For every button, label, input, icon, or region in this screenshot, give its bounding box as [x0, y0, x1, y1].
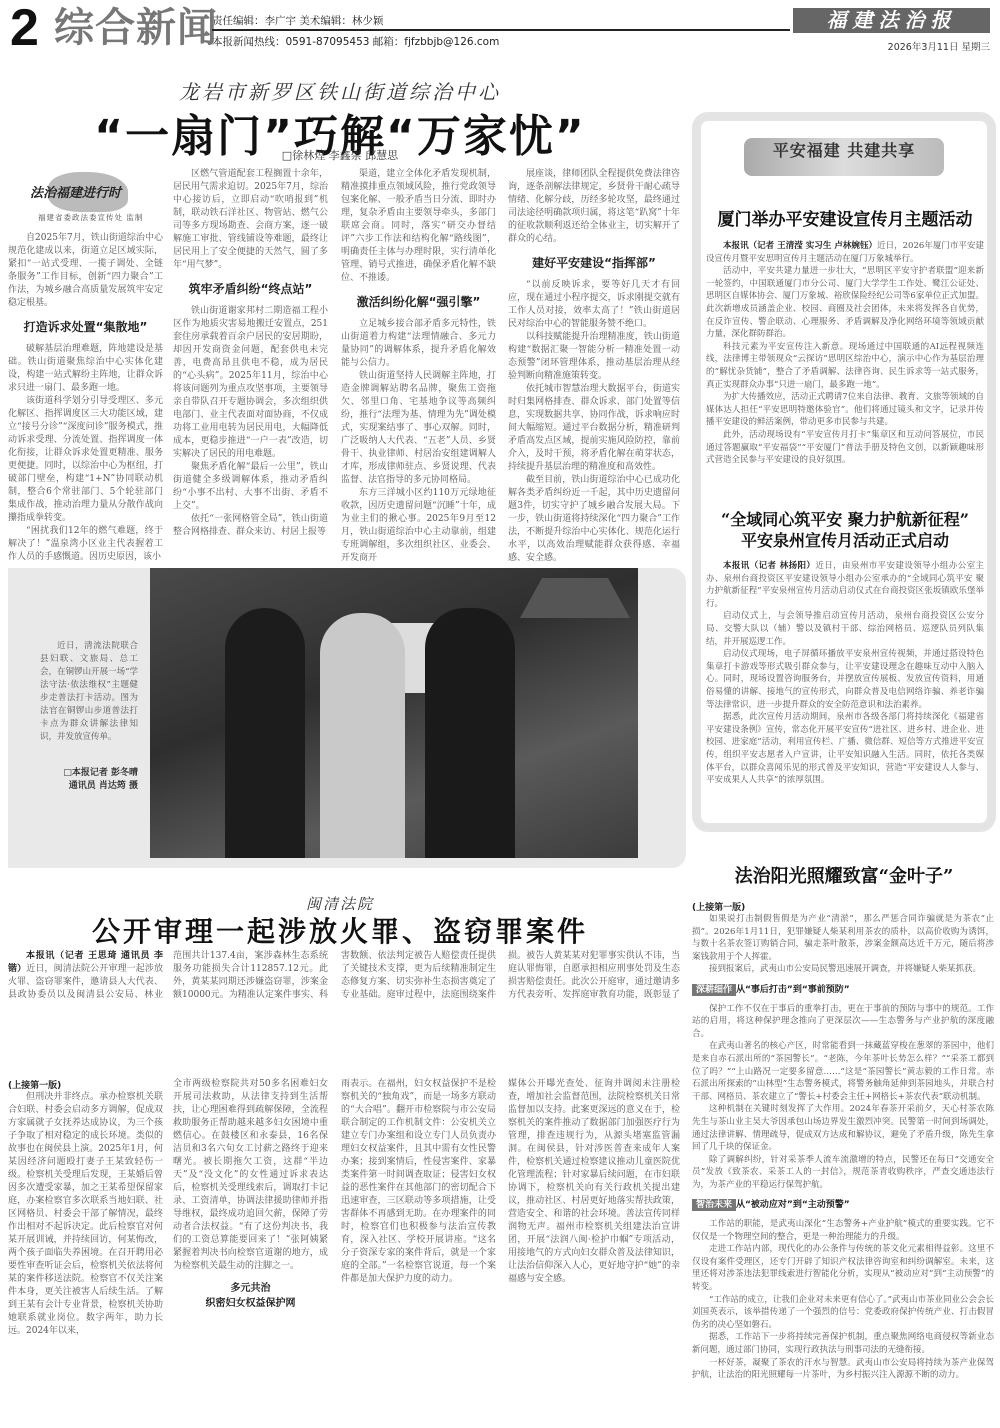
sidebar-article2-headline-line1: “全域同心筑平安 聚力护航新征程”: [700, 507, 990, 530]
paragraph: 全市两级检察院共对50多名困难妇女开展司法救助，从法律支持到生活帮扶，让心理困难…: [173, 1078, 328, 1273]
second-article-column-1: 本报讯（记者 王思琦 通讯员 李锴）近日，闽清法院公开审理一起涉放火罪、盗窃罪案…: [8, 950, 163, 1002]
subhead: 打造诉求处置“集散地”: [8, 318, 163, 335]
photo-credit-line: □本报记者 彭冬晴: [40, 767, 138, 780]
paragraph: 立足城乡接合部矛盾多元特性，铁山街道着力构建“法理情融合、多元力量协同”的调解体…: [341, 318, 496, 370]
paragraph: 启动仪式上，与会领导推启动宣传月活动，泉州台商投资区公安分局、交警大队以（辅）警…: [706, 610, 984, 648]
paragraph: 这种机制在关键时刻发挥了大作用。2024年春茶开采前夕，天心村茶农陈先生与茶山业…: [692, 1103, 994, 1153]
main-article-byline: □徐林煌 李鑫崇 邱慧思: [0, 147, 680, 163]
section-tag: 深耕细作: [692, 984, 736, 996]
paragraph: “工作站的成立，让我们企业对未来更有信心了。”武夷山市茶业同业公会会长刘国英表示…: [692, 1294, 994, 1332]
sidebar-article3-body: (上接第一版) 如果说打击制假售假是为产业“清淤”，那么严惩合同诈骗就是为茶农“…: [692, 900, 994, 1425]
second-article-column-3: 害数额、依法判定被告人赔偿责任提供了关键技术支撑，更为后续精准制定生态修复方案、…: [341, 950, 496, 1002]
sidebar-article2-body: 本报讯（记者 林扬阳）近日，由泉州市平安建设领导小组办公室主办、泉州台商投资区平…: [706, 560, 984, 822]
paragraph: 以科技赋能提升治理精准度，铁山街道构建“数据汇聚一智能分析一精准处置一动态预警”…: [508, 331, 680, 383]
column-logo-title: 法治福建进行时: [30, 182, 160, 201]
section-title: 综合新闻: [54, 6, 218, 50]
paragraph: 走进工作站内部，现代化的办公条件与传统的茶文化元素相得益彰。这里不仅设有案件受理…: [692, 1243, 994, 1293]
paragraph: 一杯好茶，凝聚了茶农的汗水与智慧。武夷山市公安局将持续为茶产业保驾护航，让法治的…: [692, 1357, 994, 1382]
paragraph: 东方三洋城小区约110万元绿地征收款，因历史遗留问题“沉睡”十年，成为业主们的揪…: [341, 487, 496, 562]
article-lead: 本报讯（记者 王清滢 实习生 卢林婉钰）: [723, 241, 877, 251]
paragraph: 区燃气管道配套工程搁置十余年，居民用气需求迫切。2025年7月，综治中心接访后，…: [173, 168, 328, 272]
paragraph: 损。被告人黄某某对犯罪事实供认不讳，当庭认罪悔罪，自愿承担相应刑事处罚及生态损害…: [508, 950, 680, 1002]
paragraph: 在武夷山著名的核心产区，时常能看到一抹藏蓝穿梭在葱翠的茶园中，他们是来自赤石派出…: [692, 1040, 994, 1103]
pavilion-shape: [520, 578, 630, 618]
photo-credit-line: 通讯员 肖达筠 摄: [40, 780, 138, 793]
paragraph: 保护工作不仅在于事后的重拳打击，更在于事前的预防与事中的规范。工作站的启用，将这…: [692, 1003, 994, 1041]
paragraph: 铁山街道坚持人民调解主阵地，打造金牌调解站聘名品牌，聚焦工资拖欠、邻里口角、宅基…: [341, 370, 496, 487]
sidebar-article3-headline: 法治阳光照耀致富“金叶子”: [692, 862, 996, 888]
paragraph: 但刑决并非终点。承办检察机关联合妇联、村委会启动多方调解，促成双方家属就子女抚养…: [8, 1091, 163, 1338]
main-article-column-1: 自2025年7月，铁山街道综治中心规范化建成以来，街道立足区域实际，紧扣“一站式…: [8, 232, 163, 562]
bottom-subhead: 多元共治 织密妇女权益保护网: [173, 1281, 328, 1311]
section-tag-text: 从“事后打击”到“事前预防”: [736, 985, 850, 995]
paragraph: 渠道，建立全体化矛盾发现机制，精准摸排重点领域风险，推行党政领导包案化解、一般矛…: [341, 168, 496, 285]
paragraph: 科技元素为平安宣传注入新意。现场通过中国联通的AI远程视频连线，法律博主带领现众…: [706, 341, 984, 391]
column-logo-subtitle: 福建省委政法委宣传处 监制: [38, 212, 143, 223]
subhead: 筑牢矛盾纠纷“终点站”: [173, 280, 328, 297]
paragraph: 雨表示。在福州，妇女权益保护不是检察机关的“独角戏”，而是一场多方联动的“大合唱…: [341, 1078, 496, 1286]
subhead-line: 织密妇女权益保护网: [173, 1296, 328, 1311]
section-tag-line: 深耕细作从“事后打击”到“事前预防”: [692, 982, 994, 997]
second-article-column-4: 损。被告人黄某某对犯罪事实供认不讳，当庭认罪悔罪，自愿承担相应刑事处罚及生态损害…: [508, 950, 680, 1002]
bottom-column-1: (上接第一版) 但刑决并非终点。承办检察机关联合妇联、村委会启动多方调解，促成双…: [8, 1078, 163, 1423]
photo-caption: 近日，清流法院联合县妇联、文旅局、总工会，在铜锣山开展一场“学法守法·依法维权”…: [40, 640, 138, 744]
paragraph: 自2025年7月，铁山街道综治中心规范化建成以来，街道立足区域实际，紧扣“一站式…: [8, 232, 163, 310]
section-tag-line: 智治未来从“被动应对”到“主动预警”: [692, 1197, 994, 1212]
page-number: 2: [10, 2, 39, 54]
safe-fujian-banner: 平安福建 共建共享: [744, 138, 944, 176]
paragraph: 该街道科学划分引导受理区、多元化解区、指挥调度区三大功能区域，建立“接号分诊”“…: [8, 395, 163, 525]
section-tag-text: 从“被动应对”到“主动预警”: [736, 1200, 850, 1210]
paragraph: “以前反映诉求，要等好几天才有回应，现在通过小程序提交，诉求刚提交就有工作人员对…: [508, 279, 680, 331]
header-rule: [212, 29, 790, 31]
main-article-column-2: 区燃气管道配套工程搁置十余年，居民用气需求迫切。2025年7月，综治中心接访后，…: [173, 168, 328, 562]
subhead-line: 多元共治: [173, 1281, 328, 1296]
bottom-column-4: 媒体公开曝光查处、征询并调阅未注册检查，增加社会监督范围，法院检察机关日常监督加…: [508, 1078, 680, 1423]
person-silhouette: [320, 613, 405, 858]
paragraph: 此外，活动现场设有“平安宣传月打卡”集章区和互动问答展位，市民通过答题赢取“平安…: [706, 429, 984, 467]
paragraph: 媒体公开曝光查处、征询并调阅未注册检查，增加社会监督范围，法院检察机关日常监督加…: [508, 1078, 680, 1286]
article-lead: 本报讯（记者 林扬阳）: [723, 561, 815, 571]
continued-label: (上接第一版): [8, 1078, 163, 1091]
paragraph: “困扰我们12年的燃气难题，终于解决了！”温泉湾小区业主代表握着工作人员的手感慨…: [8, 525, 163, 562]
paragraph: 害数额、依法判定被告人赔偿责任提供了关键技术支撑，更为后续精准制定生态修复方案、…: [341, 950, 496, 1002]
section-tag: 智治未来: [692, 1199, 736, 1211]
paragraph: 工作站的职能，是武夷山深化“生态警务+产业护航”模式的重要实践。它不仅仅是一个物…: [692, 1218, 994, 1243]
paragraph: 截至目前，铁山街道综治中心已成功化解各类矛盾纠纷近一千起，其中历史遗留问题3件，…: [508, 474, 680, 562]
bottom-column-2: 全市两级检察院共对50多名困难妇女开展司法救助，从法律支持到生活帮扶，让心理困难…: [173, 1078, 328, 1423]
paragraph: 据悉，工作站下一步将持续完善保护机制，重点聚焦网络电商侵权等新业态新问题，通过部…: [692, 1331, 994, 1356]
subhead: 建好平安建设“指挥部”: [508, 254, 680, 271]
continued-label: (上接第一版): [692, 900, 994, 913]
column-logo: 法治福建进行时 福建省委政法委宣传处 监制: [30, 172, 155, 232]
paragraph: 破解基层治理难题，阵地建设是基础。铁山街道聚焦综治中心实体化建设，构建一站式解纷…: [8, 343, 163, 395]
paragraph: 聚焦矛盾化解“最后一公里”，铁山街道健全多级调解体系，推动矛盾纠纷“小事不出村、…: [173, 461, 328, 513]
paragraph: 如果说打击制假售假是为产业“清淤”，那么严惩合同诈骗就是为茶农“止损”。2026…: [692, 913, 994, 963]
paragraph: 展座谈，律师团队全程提供免费法律咨询，逐条剖解法律规定，乡贤骨干耐心疏导情绪、化…: [508, 168, 680, 246]
main-article-column-3: 渠道，建立全体化矛盾发现机制，精准摸排重点领域风险，推行党政领导包案化解、一般矛…: [341, 168, 496, 562]
person-silhouette: [225, 608, 305, 858]
photo-credit: □本报记者 彭冬晴 通讯员 肖达筠 摄: [40, 767, 138, 793]
paragraph: 依托城市智慧治理大数据平台，街道实时归集网格排查、群众诉求、部门处置等信息，实现…: [508, 383, 680, 474]
paragraph: 接到报案后，武夷山市公安局民警迅速展开调查，并将嫌疑人柴某抓获。: [692, 963, 994, 976]
sidebar-article1-body: 本报讯（记者 王清滢 实习生 卢林婉钰）近日，2026年厦门市平安建设宣传月暨平…: [706, 240, 984, 492]
issue-date: 2026年3月11日 星期三: [793, 39, 990, 53]
news-photo: [150, 568, 638, 858]
contact-hotline: 本报新闻热线：0591-87095453 邮箱：fjfzbbjb@126.com: [212, 34, 499, 49]
paragraph: 为扩大传播效应，活动正式聘请7位来自法律、教育、文旅等领域的自媒体达人担任“平安…: [706, 391, 984, 429]
main-article-column-4: 展座谈，律师团队全程提供免费法律咨询，逐条剖解法律规定，乡贤骨干耐心疏导情绪、化…: [508, 168, 680, 562]
paragraph: 铁山街道谢家邦村二期造福工程小区作为地质灾害易地搬迁安置点，251套住房承载着百…: [173, 305, 328, 461]
paragraph: 据悉，此次宣传月活动期间，泉州市各级各部门将持续深化《福建省平安建设条例》宣传，…: [706, 711, 984, 787]
paragraph: 依托“一张网格管全局”，铁山街道整合网格排查、群众来访、村居上报等: [173, 513, 328, 539]
paragraph: 除了调解纠纷，针对采茶季人流车流激增的特点，民警还在每日“交通安全员”发放《致茶…: [692, 1154, 994, 1192]
paragraph: 启动仪式现场，电子屏循环播放平安泉州宣传视频，并通过搭设特色集章打卡游戏等形式吸…: [706, 648, 984, 711]
sidebar-article2-headline-line2: 平安泉州宣传月活动正式启动: [700, 528, 990, 551]
second-article-column-2: 范围共计137.4亩，案涉森林生态系统服务功能损失合计112857.12元。此外…: [173, 950, 328, 1002]
editor-credits: 责任编辑：李广宇 美术编辑：林少颖: [212, 13, 383, 28]
paragraph: 活动中，平安共建力量进一步壮大，“思明区平安守护者联盟”迎来新一轮签约，中国联通…: [706, 265, 984, 341]
bottom-column-3: 雨表示。在福州，妇女权益保护不是检察机关的“独角戏”，而是一场多方联动的“大合唱…: [341, 1078, 496, 1423]
newspaper-logo: 福建法治报: [793, 8, 990, 33]
paragraph: 近日，闽清法院公开审理一起涉放火罪、盗窃罪案件，邀请县人大代表、县政协委员以及闽…: [8, 964, 163, 1002]
person-silhouette: [425, 608, 515, 858]
sidebar-article1-headline: 厦门举办平安建设宣传月主题活动: [700, 205, 990, 230]
paragraph: 范围共计137.4亩，案涉森林生态系统服务功能损失合计112857.12元。此外…: [173, 950, 328, 1002]
second-article-headline: 公开审理一起涉放火罪、盗窃罪案件: [0, 910, 680, 950]
subhead: 激活纠纷化解“强引擎”: [341, 293, 496, 310]
